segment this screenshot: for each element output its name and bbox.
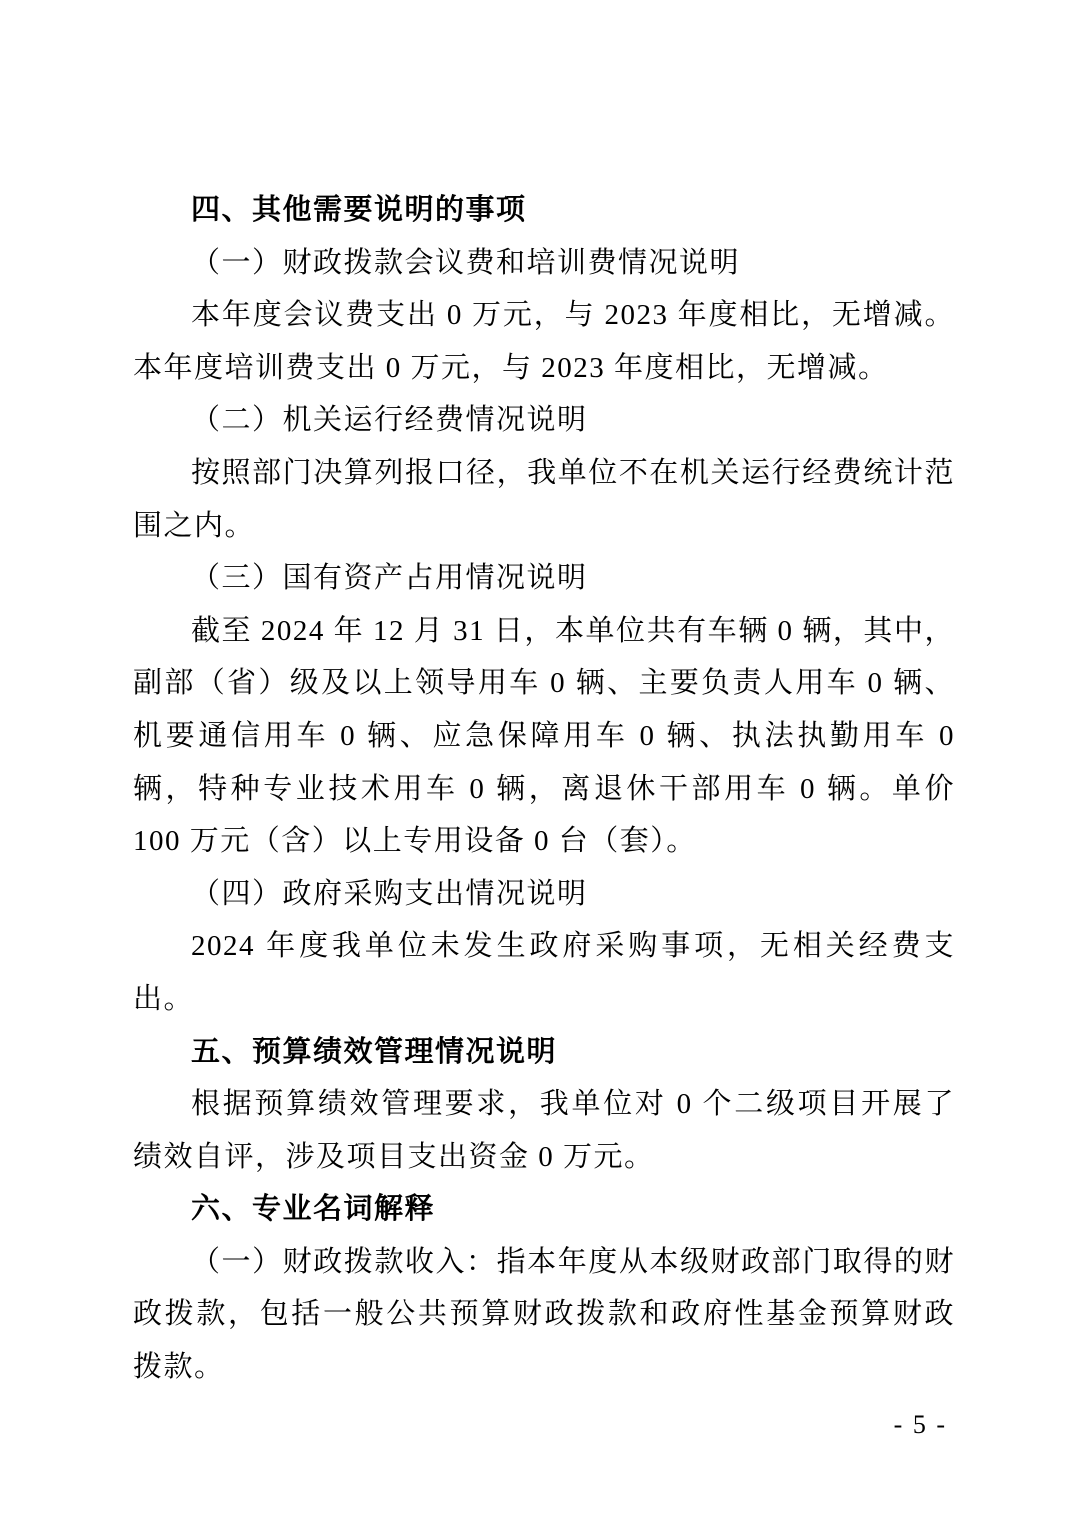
document-body: 四、其他需要说明的事项 （一）财政拨款会议费和培训费情况说明 本年度会议费支出 …	[133, 184, 955, 1394]
paragraph-operating-expense: 按照部门决算列报口径，我单位不在机关运行经费统计范围之内。	[133, 447, 955, 552]
section-heading-6: 六、专业名词解释	[133, 1183, 955, 1236]
paragraph-state-assets: 截至 2024 年 12 月 31 日，本单位共有车辆 0 辆，其中，副部（省）…	[133, 605, 955, 868]
subsection-heading-4-1: （一）财政拨款会议费和培训费情况说明	[133, 237, 955, 290]
section-heading-5: 五、预算绩效管理情况说明	[133, 1026, 955, 1079]
subsection-heading-4-4: （四）政府采购支出情况说明	[133, 868, 955, 921]
paragraph-gov-procurement: 2024 年度我单位未发生政府采购事项，无相关经费支出。	[133, 920, 955, 1025]
paragraph-term-definition: （一）财政拨款收入：指本年度从本级财政部门取得的财政拨款，包括一般公共预算财政拨…	[133, 1236, 955, 1394]
section-heading-4: 四、其他需要说明的事项	[133, 184, 955, 237]
subsection-heading-4-2: （二）机关运行经费情况说明	[133, 394, 955, 447]
document-page: 四、其他需要说明的事项 （一）财政拨款会议费和培训费情况说明 本年度会议费支出 …	[0, 0, 1075, 1520]
paragraph-performance-mgmt: 根据预算绩效管理要求，我单位对 0 个二级项目开展了绩效自评，涉及项目支出资金 …	[133, 1078, 955, 1183]
subsection-heading-4-3: （三）国有资产占用情况说明	[133, 552, 955, 605]
page-number: - 5 -	[894, 1408, 947, 1442]
paragraph-meeting-training: 本年度会议费支出 0 万元，与 2023 年度相比，无增减。本年度培训费支出 0…	[133, 289, 955, 394]
